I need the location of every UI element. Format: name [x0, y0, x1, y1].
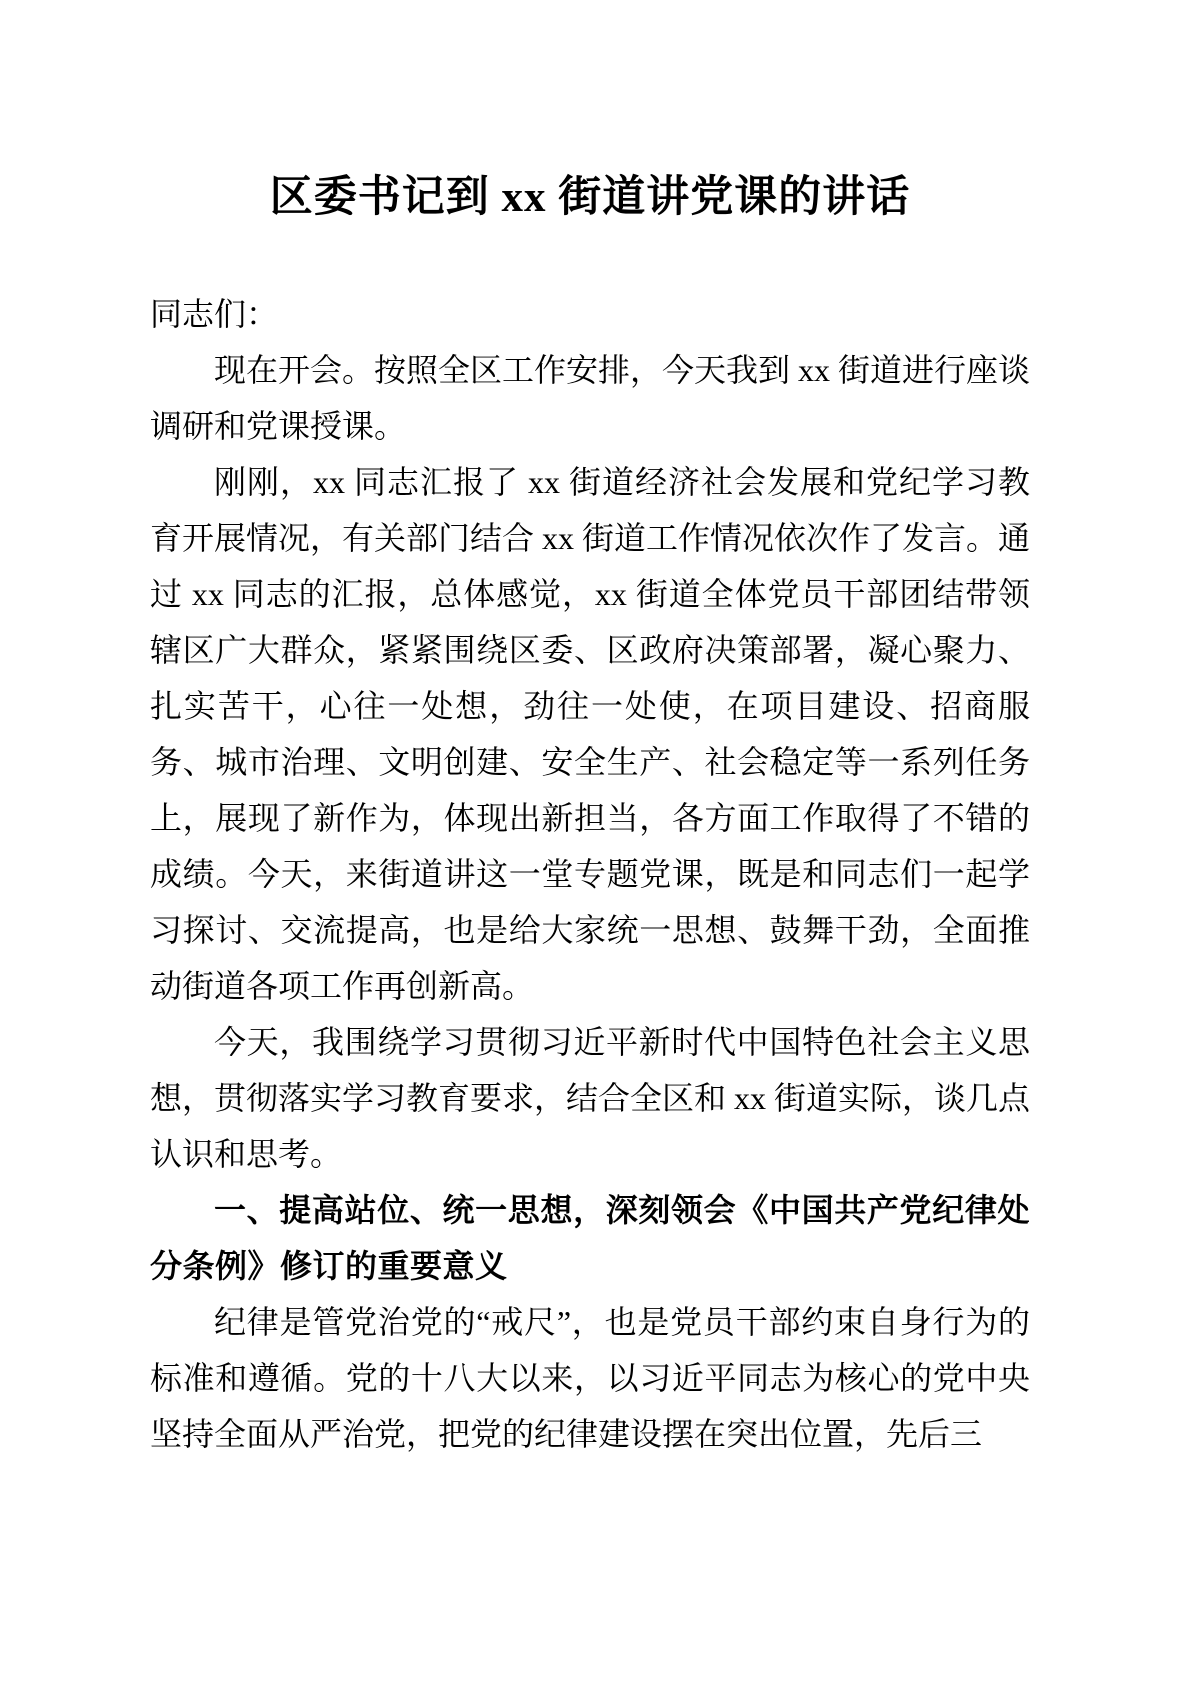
- paragraph-work-report: 刚刚，xx 同志汇报了 xx 街道经济社会发展和党纪学习教育开展情况，有关部门结…: [150, 454, 1030, 1014]
- paragraph-discipline: 纪律是管党治党的“戒尺”，也是党员干部约束自身行为的标准和遵循。党的十八大以来，…: [150, 1294, 1030, 1462]
- document-body: 同志们： 现在开会。按照全区工作安排，今天我到 xx 街道进行座谈调研和党课授课…: [150, 286, 1030, 1462]
- paragraph-topic-intro: 今天，我围绕学习贯彻习近平新时代中国特色社会主义思想，贯彻落实学习教育要求，结合…: [150, 1014, 1030, 1182]
- section-heading-1: 一、提高站位、统一思想，深刻领会《中国共产党纪律处分条例》修订的重要意义: [150, 1182, 1030, 1294]
- document-title: 区委书记到 xx 街道讲党课的讲话: [150, 170, 1030, 226]
- document-content: 区委书记到 xx 街道讲党课的讲话 同志们： 现在开会。按照全区工作安排，今天我…: [150, 0, 1030, 1462]
- salutation: 同志们：: [150, 286, 1030, 342]
- document-page: 区委书记到 xx 街道讲党课的讲话 同志们： 现在开会。按照全区工作安排，今天我…: [0, 0, 1190, 1683]
- paragraph-opening: 现在开会。按照全区工作安排，今天我到 xx 街道进行座谈调研和党课授课。: [150, 342, 1030, 454]
